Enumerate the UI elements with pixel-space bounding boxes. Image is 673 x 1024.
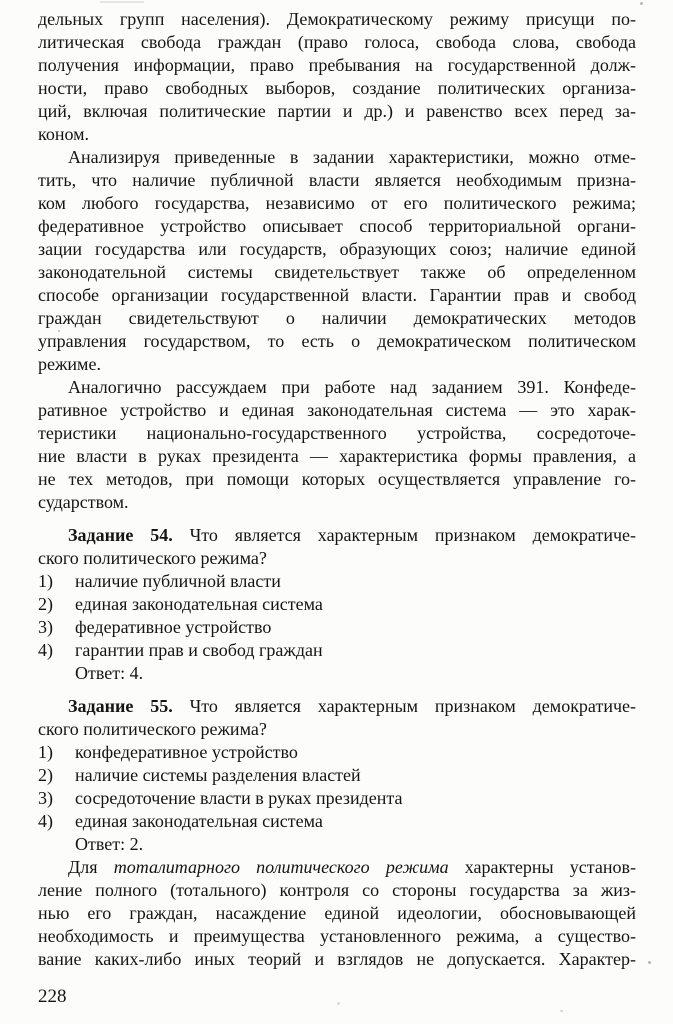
option-number: 2)	[38, 764, 75, 787]
task-55-option-1: 1) конфедеративное устройство	[38, 741, 636, 764]
scan-noise-dot	[58, 330, 60, 332]
task-55-question: Задание 55. Что является характерным при…	[38, 695, 636, 741]
text-line: сударством.	[38, 491, 636, 514]
text-line: литическая свобода граждан (право голоса…	[38, 31, 636, 54]
text-line: Для тоталитарного политического режима х…	[38, 856, 636, 879]
scan-noise-dot	[648, 961, 651, 964]
text-line: ности, право свободных выборов, создание…	[38, 77, 636, 100]
task-54-answer: Ответ: 4.	[38, 662, 636, 685]
task-55-answer: Ответ: 2.	[38, 833, 636, 856]
option-text: наличие публичной власти	[75, 570, 636, 593]
text-line: нью его граждан, насаждение единой идеол…	[38, 902, 636, 925]
text-line: коном.	[38, 123, 636, 146]
text-line: Аналогично рассуждаем при работе над зад…	[38, 376, 636, 399]
scan-noise-streak	[100, 1, 144, 3]
text-line: ций, включая политические партии и др.) …	[38, 100, 636, 123]
task-55-option-3: 3) сосредоточение власти в руках президе…	[38, 787, 636, 810]
option-text: гарантии прав и свобод граждан	[75, 639, 636, 662]
text-line: ние власти в руках президента — характер…	[38, 445, 636, 468]
text-line: Задание 55. Что является характерным при…	[38, 695, 636, 718]
scan-noise-dot	[640, 2, 643, 5]
text-line: Анализируя приведенные в задании характе…	[38, 146, 636, 169]
paragraph-task-391-analysis: Аналогично рассуждаем при работе над зад…	[38, 376, 636, 514]
task-54-question: Задание 54. Что является характерным при…	[38, 524, 636, 570]
paragraph-analysis: Анализируя приведенные в задании характе…	[38, 146, 636, 376]
paragraph-democratic-regime-continuation: дельных групп населения). Демократическо…	[38, 8, 636, 146]
option-number: 4)	[38, 810, 75, 833]
text-line: теристики национально-государственного у…	[38, 422, 636, 445]
paragraph-totalitarian-regime: Для тоталитарного политического режима х…	[38, 856, 636, 971]
task-54-option-1: 1) наличие публичной власти	[38, 570, 636, 593]
option-text: федеративное устройство	[75, 616, 636, 639]
text-line: вание каких-либо иных теорий и взглядов …	[38, 948, 636, 971]
task-54: Задание 54. Что является характерным при…	[38, 524, 636, 685]
option-text: наличие системы разделения властей	[75, 764, 636, 787]
text-line: тить, что наличие публичной власти являе…	[38, 169, 636, 192]
text-line: федеративное устройство описывает способ…	[38, 215, 636, 238]
option-text: единая законодательная система	[75, 593, 636, 616]
task-55-option-2: 2) наличие системы разделения властей	[38, 764, 636, 787]
task-54-option-2: 2) единая законодательная система	[38, 593, 636, 616]
task-55-option-4: 4) единая законодательная система	[38, 810, 636, 833]
text-line: Задание 54. Что является характерным при…	[38, 524, 636, 547]
text-line: дельных групп населения). Демократическо…	[38, 8, 636, 31]
text-line: режиме.	[38, 353, 636, 376]
option-number: 1)	[38, 570, 75, 593]
task-55: Задание 55. Что является характерным при…	[38, 695, 636, 856]
text-line: не тех методов, при помощи которых осуще…	[38, 468, 636, 491]
text-line: ление полного (тотального) контроля со с…	[38, 879, 636, 902]
scan-noise-dot	[286, 962, 289, 964]
option-number: 2)	[38, 593, 75, 616]
text-line: ского политического режима?	[38, 718, 636, 741]
scan-noise-dot	[337, 1002, 340, 1005]
text-line: законодательной системы свидетельствует …	[38, 261, 636, 284]
book-page: дельных групп населения). Демократическо…	[38, 8, 636, 1008]
scan-noise-dot	[472, 960, 475, 963]
text-line: ком любого государства, независимо от ег…	[38, 192, 636, 215]
text-line: необходимость и преимущества установленн…	[38, 925, 636, 948]
text-line: граждан свидетельствуют о наличии демокр…	[38, 307, 636, 330]
text-line: ративное устройство и единая законодател…	[38, 399, 636, 422]
text-line: управления государством, то есть о демок…	[38, 330, 636, 353]
option-number: 3)	[38, 787, 75, 810]
option-text: сосредоточение власти в руках президента	[75, 787, 636, 810]
text-line: получения информации, право пребывания н…	[38, 54, 636, 77]
text-line: способе организации государственной влас…	[38, 284, 636, 307]
task-54-option-3: 3) федеративное устройство	[38, 616, 636, 639]
scan-noise-dot	[560, 1010, 563, 1012]
option-text: конфедеративное устройство	[75, 741, 636, 764]
option-number: 4)	[38, 639, 75, 662]
option-number: 1)	[38, 741, 75, 764]
text-line: зации государства или государств, образу…	[38, 238, 636, 261]
option-number: 3)	[38, 616, 75, 639]
option-text: единая законодательная система	[75, 810, 636, 833]
task-54-option-4: 4) гарантии прав и свобод граждан	[38, 639, 636, 662]
text-line: ского политического режима?	[38, 547, 636, 570]
